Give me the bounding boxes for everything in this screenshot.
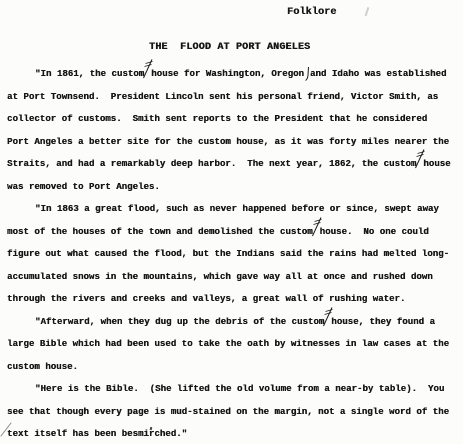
text-line: figure out what caused the flood, but th… bbox=[7, 243, 463, 266]
text-line: large Bible which had been used to take … bbox=[7, 333, 463, 356]
text-line: Straits, and had a remarkably deep harbo… bbox=[7, 153, 463, 176]
insert-comma-mark bbox=[304, 67, 310, 76]
text-line: custom house. bbox=[7, 356, 463, 379]
insert-hyphen-mark bbox=[144, 67, 151, 76]
text-line: "In 1861, the customhouse for Washington… bbox=[7, 63, 463, 86]
text-line: at Port Townsend. President Lincoln sent… bbox=[7, 86, 463, 109]
margin-pencil-slash bbox=[0, 422, 13, 437]
text-line: was removed to Port Angeles. bbox=[7, 176, 463, 199]
text-line: Port Angeles a better site for the custo… bbox=[7, 131, 463, 154]
document-page: Folklore THE FLOOD AT PORT ANGELES "In 1… bbox=[0, 0, 463, 444]
insert-hyphen-mark bbox=[324, 315, 331, 324]
text-line: through the rivers and creeks and valley… bbox=[7, 288, 463, 311]
document-title: THE FLOOD AT PORT ANGELES bbox=[149, 42, 310, 53]
text-line: collector of customs. Smith sent reports… bbox=[7, 108, 463, 131]
text-line: text itself has been besmirched." bbox=[7, 423, 463, 444]
text-line: "Here is the Bible. (She lifted the old … bbox=[7, 378, 463, 401]
document-body: "In 1861, the customhouse for Washington… bbox=[7, 63, 463, 444]
text-line: "In 1863 a great flood, such as never ha… bbox=[7, 198, 463, 221]
text-line: "Afterward, when they dug up the debris … bbox=[7, 311, 463, 334]
text-line: accumulated snows in the mountains, whic… bbox=[7, 266, 463, 289]
insert-hyphen-mark bbox=[313, 225, 320, 234]
insert-hyphen-mark bbox=[416, 157, 423, 166]
page-label: Folklore bbox=[287, 6, 336, 18]
text-line: most of the houses of the town and demol… bbox=[7, 221, 463, 244]
text-line: see that though every page is mud-staine… bbox=[7, 401, 463, 424]
stray-pencil-mark-top-right bbox=[365, 7, 369, 16]
